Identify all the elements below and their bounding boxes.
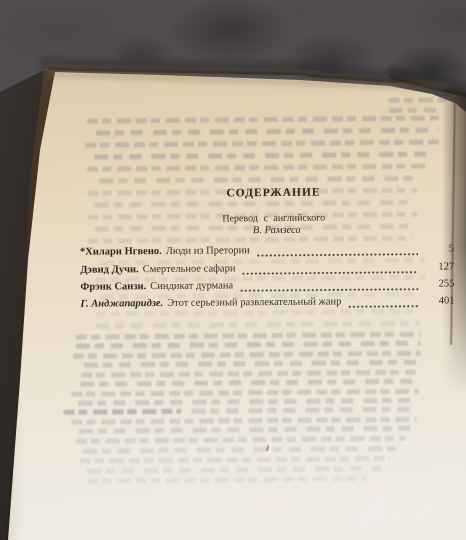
ghost-text-line [76,332,421,340]
ghost-text-line [74,426,414,433]
ghost-text-line [91,321,421,328]
ghost-text-line [76,436,406,443]
ghost-text-line [186,407,416,414]
toc-title: Люди из Претории [166,245,250,257]
ghost-text-line [90,200,415,207]
toc-author: Дэвид Дучи. [80,264,139,276]
toc-title: Смертельное сафари [143,263,236,275]
ghost-text-line [81,370,416,377]
translator-line: Перевод с английского [154,212,394,225]
ghost-text-line [71,341,421,349]
toc-author: Фрэнк Санзи. [80,281,146,293]
avito-logo-icon [352,493,389,530]
dot-leader [242,271,418,276]
dot-leader [240,288,418,293]
ghost-text-line [91,128,439,136]
book-photo: СОДЕРЖАНИЕ Перевод с английского В. Рамз… [0,0,466,540]
ghost-text-line [71,389,419,397]
ghost-text-line [88,236,413,243]
ghost-text-line [85,140,439,148]
avito-watermark: Avito [352,491,459,530]
ghost-text-line [87,476,367,483]
dot-leader [348,305,418,309]
toc-author: *Хилари Нгвено. [80,246,162,258]
toc-author: Г. Анджапаридзе. [80,298,163,310]
toc-page-number: 255 [426,278,454,289]
toc-page-number: 127 [426,261,454,272]
dot-leader [257,253,418,257]
ghost-text-line [63,409,181,415]
toc-title: Этот серьезный развлекательный жанр [167,296,341,309]
ghost-text-line [78,446,398,453]
ghost-text-line [89,152,435,160]
toc-heading: СОДЕРЖАНИЕ [203,186,343,199]
ghost-text-line [75,379,420,387]
ghost-text-line [389,97,447,102]
toc-page-number: 401 [426,295,454,306]
ghost-text-line [87,164,427,171]
ghost-text-line [80,456,390,463]
ghost-text-line [73,398,413,405]
ghost-text-line [73,351,421,359]
toc-page-number: 5 [426,243,454,254]
ghost-text-line [94,176,414,183]
toc-title: Синдикат дурмана [150,280,233,292]
avito-watermark-label: Avito [390,491,459,528]
ghost-text-line [71,417,416,425]
ghost-text-line [384,107,446,112]
translator-name: В. Рамзеса [154,224,400,237]
ghost-text-line [82,466,382,473]
ghost-text-line [79,360,419,367]
page-content: СОДЕРЖАНИЕ Перевод с английского В. Рамз… [0,0,466,540]
ghost-text-line [87,116,439,124]
